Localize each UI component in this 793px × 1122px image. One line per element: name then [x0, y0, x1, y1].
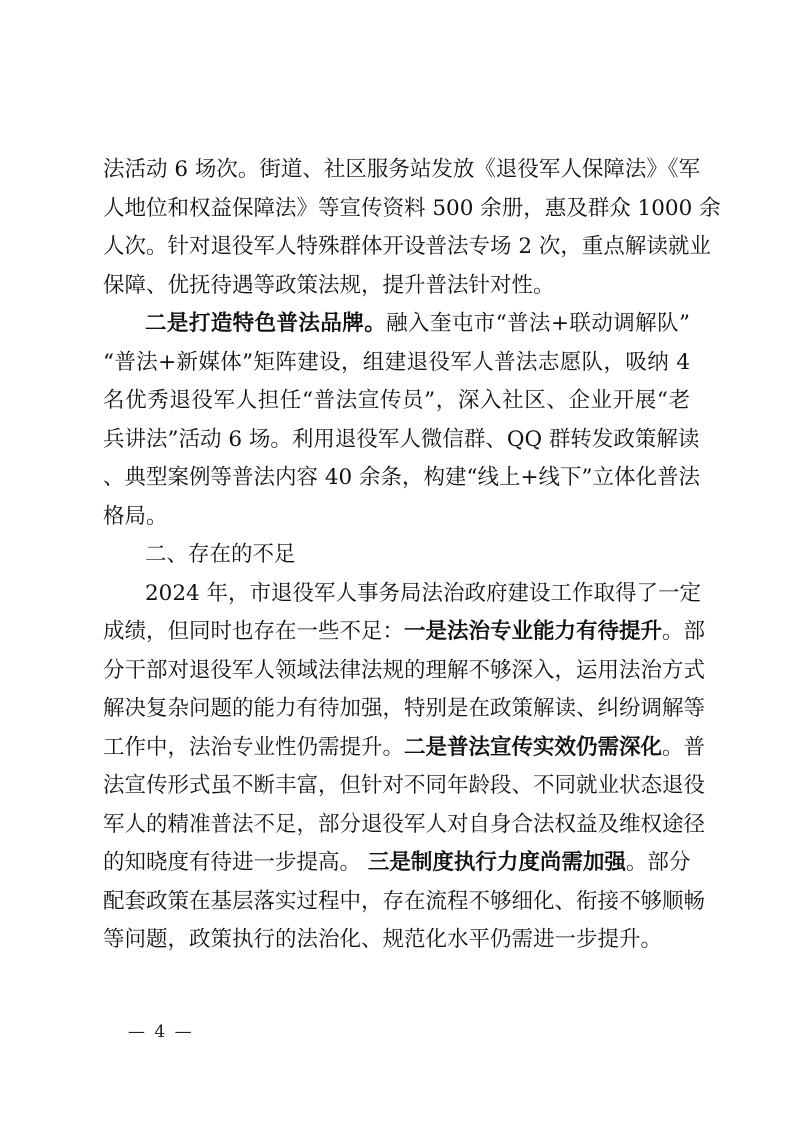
text: 。部分 — [626, 850, 691, 875]
bold-point: 三是制度执行力度尚需加强 — [368, 850, 626, 875]
paragraph-line: 军人的精准普法不足，部分退役军人对自身合法权益及维权途径 — [103, 810, 690, 840]
paragraph-line: 配套政策在基层落实过程中，存在流程不够细化、衔接不够顺畅 — [103, 887, 690, 917]
paragraph-line: 人地位和权益保障法》等宣传资料 500 余册，惠及群众 1000 余 — [103, 194, 690, 224]
paragraph-line: 解决复杂问题的能力有待加强，特别是在政策解读、纠纷调解等 — [103, 694, 690, 724]
paragraph-line: 等问题，政策执行的法治化、规范化水平仍需进一步提升。 — [103, 925, 690, 955]
text: 工作中，法治专业性仍需提升。 — [103, 735, 404, 760]
text: 融入奎屯市“普法+联动调解队” — [386, 311, 690, 336]
paragraph-line: 名优秀退役军人担任“普法宣传员”，深入社区、企业开展“老 — [103, 386, 690, 416]
text: 成绩，但同时也存在一些不足： — [103, 619, 404, 644]
bold-lead: 二是打造特色普法品牌。 — [145, 311, 386, 336]
paragraph-line: 的知晓度有待进一步提高。 三是制度执行力度尚需加强。部分 — [103, 848, 690, 878]
paragraph-line: 法活动 6 场次。街道、社区服务站发放《退役军人保障法》《军 — [103, 155, 690, 185]
page-number: — 4 — — [128, 1022, 194, 1042]
bold-point: 一是法治专业能力有待提升 — [404, 619, 662, 644]
paragraph-line: 工作中，法治专业性仍需提升。二是普法宣传实效仍需深化。普 — [103, 733, 690, 763]
bold-point: 二是普法宣传实效仍需深化 — [404, 735, 662, 760]
section-heading: 二、存在的不足 — [145, 540, 690, 570]
paragraph-line: 格局。 — [103, 502, 690, 532]
paragraph-line: “普法+新媒体”矩阵建设，组建退役军人普法志愿队，吸纳 4 — [103, 348, 690, 378]
paragraph-line: 分干部对退役军人领域法律法规的理解不够深入，运用法治方式 — [103, 656, 690, 686]
text: 的知晓度有待进一步提高。 — [103, 850, 368, 875]
paragraph-line: 2024 年，市退役军人事务局法治政府建设工作取得了一定 — [145, 579, 690, 609]
text: 。部 — [662, 619, 705, 644]
paragraph-line: 法宣传形式虽不断丰富，但针对不同年龄段、不同就业状态退役 — [103, 771, 690, 801]
paragraph-line: 、典型案例等普法内容 40 余条，构建“线上+线下”立体化普法 — [103, 463, 690, 493]
paragraph-line: 二是打造特色普法品牌。融入奎屯市“普法+联动调解队” — [145, 309, 690, 339]
paragraph-line: 兵讲法”活动 6 场。利用退役军人微信群、QQ 群转发政策解读 — [103, 425, 690, 455]
document-page: 法活动 6 场次。街道、社区服务站发放《退役军人保障法》《军 人地位和权益保障法… — [0, 0, 793, 1122]
paragraph-line: 保障、优抚待遇等政策法规，提升普法针对性。 — [103, 271, 690, 301]
paragraph-line: 成绩，但同时也存在一些不足：一是法治专业能力有待提升。部 — [103, 617, 690, 647]
text: 。普 — [662, 735, 705, 760]
paragraph-line: 人次。针对退役军人特殊群体开设普法专场 2 次，重点解读就业 — [103, 232, 690, 262]
